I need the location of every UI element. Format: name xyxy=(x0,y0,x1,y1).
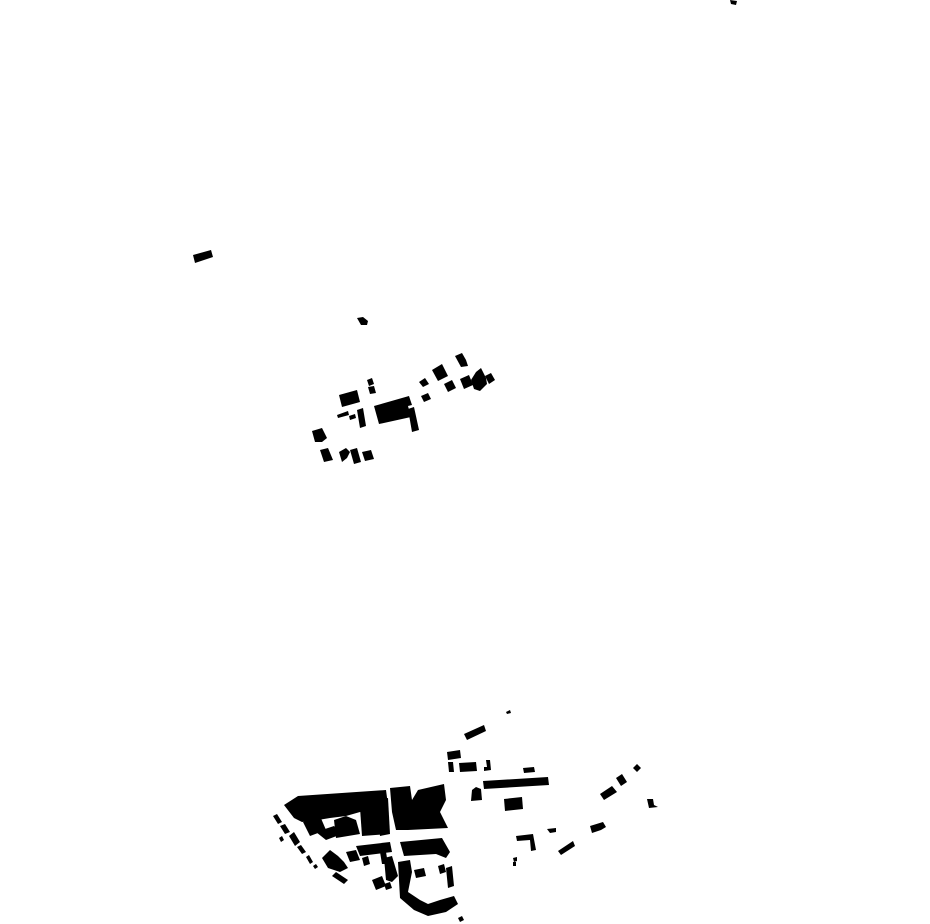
cluster-north-east xyxy=(730,0,737,5)
cluster-central-hamlet xyxy=(312,353,495,464)
cluster-southern-village-core xyxy=(273,784,464,922)
building-footprint-map xyxy=(0,0,930,924)
cluster-north-west xyxy=(193,250,368,325)
cluster-southern-village-east xyxy=(447,710,658,866)
